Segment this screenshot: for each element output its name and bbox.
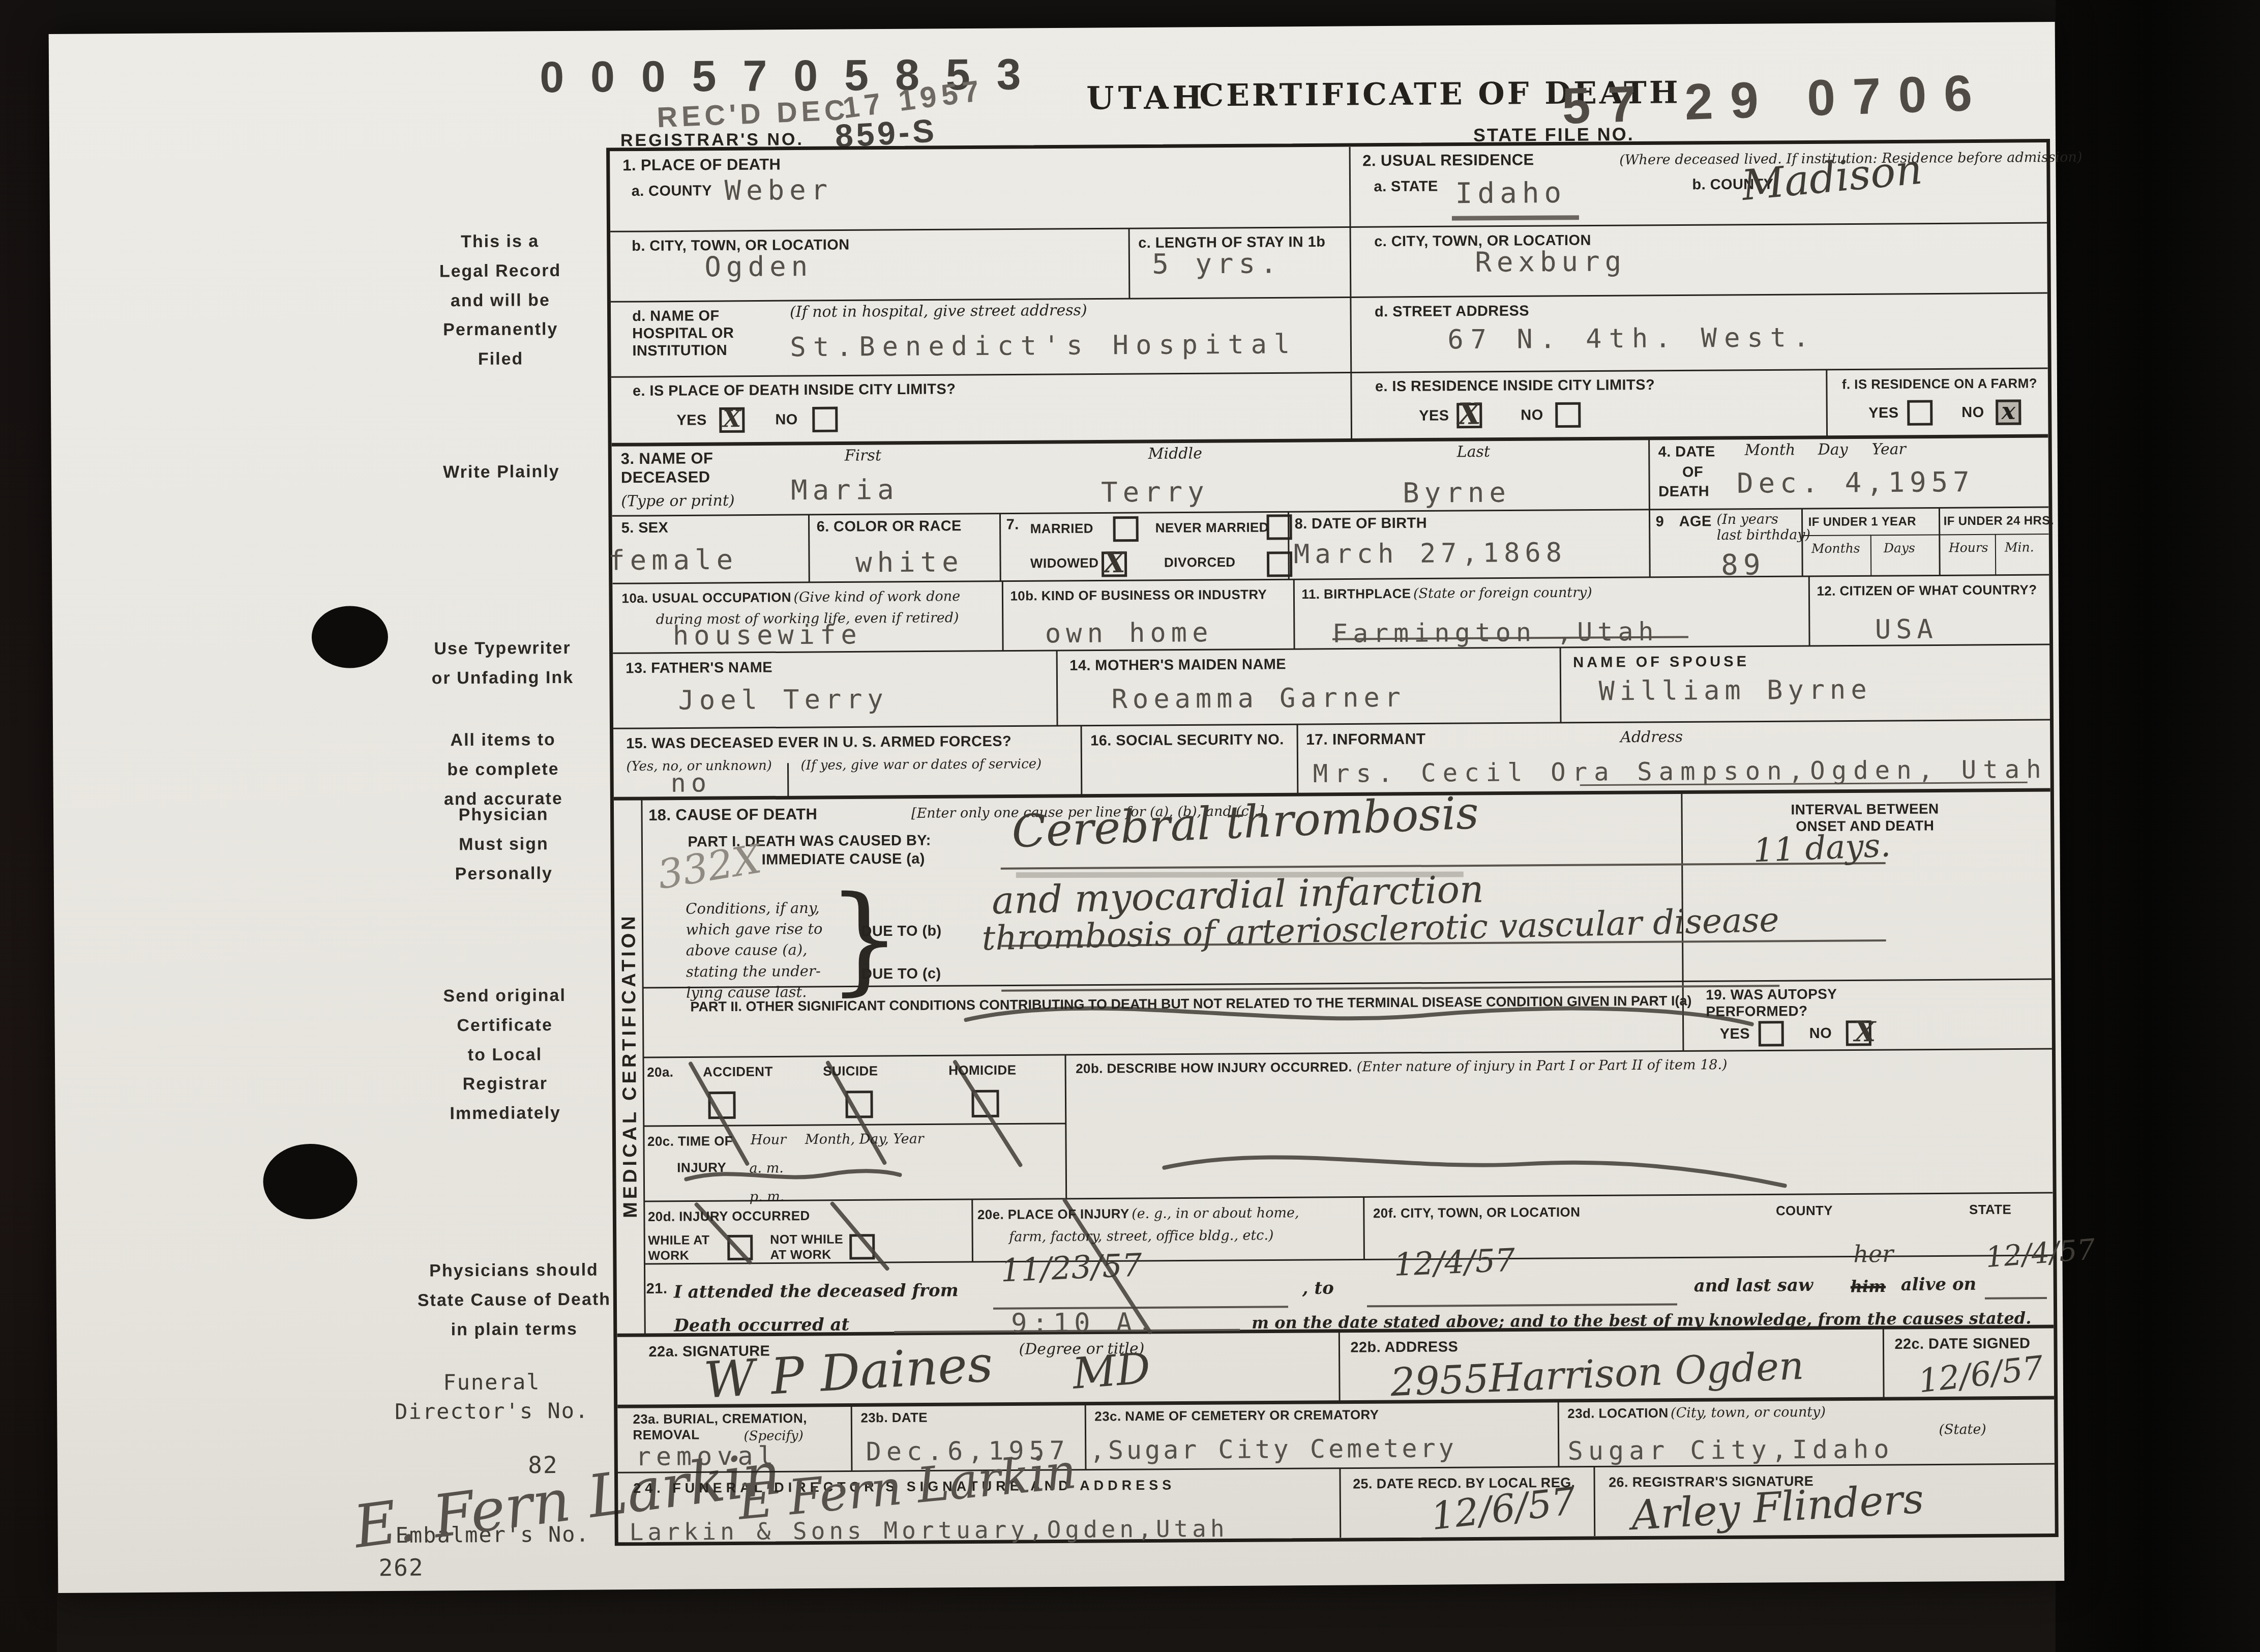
box1-city-value: Ogden (704, 253, 813, 281)
box3-note: (Type or print) (621, 492, 735, 511)
title-state: UTAH (1086, 79, 1206, 116)
box18-due-to-c-label: DUE TO (c) (861, 965, 941, 983)
box11-birthplace-value: Farmington ,Utah (1332, 619, 1659, 646)
box2-state-label: a. STATE (1374, 178, 1438, 195)
box2-city-limits-label: e. IS RESIDENCE INSIDE CITY LIMITS? (1375, 376, 1655, 396)
margin-note-legal-record: This is a Legal Record and will be Perma… (380, 226, 620, 375)
box23c-label: 23c. NAME OF CEMETERY OR CREMATORY (1094, 1407, 1379, 1424)
box21-number: 21. (646, 1280, 668, 1297)
state-file-number-stamp: 57 29 0706 (1561, 64, 1990, 136)
box21-her-handwritten: her (1853, 1243, 1893, 1265)
box9-hours-header: Hours (1949, 541, 1988, 555)
box23d-location-value: Sugar City,Idaho (1568, 1436, 1894, 1464)
box9-age-value: 89 (1721, 551, 1766, 580)
box9-under-1-year-header: IF UNDER 1 YEAR (1808, 515, 1916, 530)
box23a-burial-value: removal (636, 1443, 779, 1469)
box4-label-1: 4. DATE (1658, 443, 1715, 461)
box6-label: 6. COLOR OR RACE (817, 517, 962, 536)
box3-last-header: Last (1457, 444, 1490, 461)
box14-label: 14. MOTHER'S MAIDEN NAME (1069, 656, 1286, 674)
box20c-am-label: a. m. (749, 1160, 784, 1176)
box4-date-of-death-value: Dec. 4,1957 (1737, 468, 1975, 497)
box15-note2: (If yes, give war or dates of service) (800, 757, 1042, 774)
box4-label-2: OF (1682, 463, 1703, 481)
box9-months-header: Months (1811, 541, 1860, 556)
box4-year-header: Year (1872, 441, 1906, 459)
box20e-note2: farm, factory, street, office bldg., etc… (1009, 1227, 1274, 1245)
box21-time-value: 9:10 A. (1011, 1310, 1158, 1337)
box10a-occupation-value: housewife (673, 622, 862, 649)
box3-title: 3. NAME OF DECEASED (621, 449, 713, 487)
box2-street-value: 67 N. 4th. West. (1447, 324, 1816, 353)
box8-label: 8. DATE OF BIRTH (1295, 515, 1428, 533)
box22a-degree-value: MD (1071, 1348, 1152, 1395)
punch-hole-bottom (263, 1143, 358, 1219)
box23b-label: 23b. DATE (860, 1410, 928, 1426)
box7-number: 7. (1006, 516, 1019, 533)
box23d-label-line: 23d. LOCATION (City, town, or county) (1567, 1404, 1826, 1422)
box5-label: 5. SEX (621, 519, 669, 537)
box1-hospital-note: (If not in hospital, give street address… (790, 302, 1087, 321)
box20a-number: 20a. (647, 1065, 673, 1080)
box2-title: 2. USUAL RESIDENCE (1362, 151, 1534, 170)
box20d-not-while-label: NOT WHILE AT WORK (770, 1232, 843, 1263)
box15-label: 15. WAS DECEASED EVER IN U. S. ARMED FOR… (626, 733, 1012, 753)
box1-yes-label: YES (676, 411, 706, 429)
box18-due-to-b-label: DUE TO (b) (861, 922, 941, 940)
medical-certification-vertical-label: MEDICAL CERTIFICATION (617, 799, 643, 1332)
box4-day-header: Day (1818, 441, 1848, 459)
box22a-physician-signature: W P Daines (703, 1341, 994, 1405)
box20f-county-header: COUNTY (1776, 1203, 1833, 1219)
box17-label: 17. INFORMANT (1306, 730, 1425, 749)
box1-title: 1. PLACE OF DEATH (622, 155, 781, 174)
box21-to-date-value: 12/4/57 (1393, 1245, 1515, 1280)
box16-label: 16. SOCIAL SECURITY NO. (1090, 731, 1284, 750)
scanned-death-certificate: 0005705853 REC'D DEC 17 1957 859-S REGIS… (0, 0, 2260, 1652)
box21-alive-on-text: alive on (1901, 1275, 1977, 1294)
box7-widowed-label: WIDOWED (1030, 555, 1098, 571)
box4-month-header: Month (1745, 441, 1796, 459)
certificate-paper: 0005705853 REC'D DEC 17 1957 859-S REGIS… (49, 22, 2065, 1593)
box20a-homicide-label: HOMICIDE (948, 1062, 1016, 1078)
box20c-pm-label: p. m. (750, 1189, 785, 1204)
box1-city-limits-label: e. IS PLACE OF DEATH INSIDE CITY LIMITS? (633, 380, 956, 400)
box7-married-label: MARRIED (1030, 521, 1093, 537)
box21-him-struck: him (1851, 1278, 1886, 1296)
margin-note-use-typewriter: Use Typewriter or Unfading Ink (383, 633, 622, 693)
box4-label-3: DEATH (1658, 483, 1709, 500)
box13-father-value: Joel Terry (678, 686, 888, 714)
box20e-note1: (e. g., in or about home, (1132, 1205, 1299, 1222)
margin-note-write-plainly: Write Plainly (382, 457, 621, 488)
box20c-hour-header: Hour (751, 1132, 786, 1147)
box21-from-date-value: 11/23/57 (1000, 1250, 1143, 1286)
box1-hospital-value: St.Benedict's Hospital (790, 331, 1297, 361)
box12-citizen-value: USA (1875, 616, 1938, 643)
box11-label: 11. BIRTHPLACE (1301, 586, 1411, 602)
box5-sex-value: female (608, 546, 738, 575)
box3-last-value: Byrne (1403, 479, 1511, 507)
box1-hospital-label: d. NAME OF HOSPITAL OR INSTITUTION (632, 307, 734, 360)
box20b-note: (Enter nature of injury in Part I or Par… (1357, 1057, 1728, 1075)
box11-note: (State or foreign country) (1413, 585, 1592, 602)
box23d-state-note: (State) (1939, 1422, 1986, 1438)
box20c-label2: INJURY (677, 1160, 726, 1175)
box20f-label: 20f. CITY, TOWN, OR LOCATION (1373, 1204, 1581, 1221)
box19-no-label: NO (1809, 1025, 1832, 1042)
box9-min-header: Min. (2005, 540, 2034, 555)
box20b-label: 20b. DESCRIBE HOW INJURY OCCURRED. (1076, 1059, 1352, 1076)
box20c-mdy-header: Month, Day, Year (805, 1131, 924, 1147)
box9-days-header: Days (1884, 541, 1915, 556)
box14-mother-value: Roeamma Garner (1112, 685, 1406, 713)
box7-divorced-label: DIVORCED (1164, 554, 1236, 571)
box18-immediate-cause-label: IMMEDIATE CAUSE (a) (762, 850, 925, 869)
box2-state-value: Idaho (1455, 179, 1566, 208)
box10a-note1: (Give kind of work done (793, 588, 960, 605)
box21-last-alive-date-value: 12/4/57 (1985, 1236, 2096, 1271)
box2-no-label: NO (1521, 406, 1543, 424)
box1-no-label: NO (775, 411, 798, 428)
box9-number: 9 (1655, 513, 1664, 530)
punch-hole-top (312, 606, 389, 668)
box6-race-value: white (855, 548, 964, 576)
box21-death-occurred-text: Death occurred at (674, 1316, 849, 1336)
box3-first-header: First (845, 447, 881, 465)
box10b-industry-value: own home (1045, 619, 1213, 647)
box22b-label: 22b. ADDRESS (1350, 1338, 1458, 1356)
box1-length-of-stay-value: 5 yrs. (1152, 250, 1282, 278)
box1-county-value: Weber (724, 176, 832, 204)
box2-street-label: d. STREET ADDRESS (1375, 302, 1529, 320)
spouse-label: NAME OF SPOUSE (1573, 653, 1749, 671)
box17-informant-value: Mrs. Cecil Ora Sampson,Ogden, Utah (1313, 757, 2047, 786)
box15-armed-forces-value: no (671, 770, 712, 795)
box12-label: 12. CITIZEN OF WHAT COUNTRY? (1817, 582, 2037, 599)
scan-background-left (0, 0, 57, 1652)
box11-label-line: 11. BIRTHPLACE (State or foreign country… (1301, 585, 1592, 603)
box2-city-value: Rexburg (1475, 248, 1626, 276)
margin-note-send-original: Send original Certificate to Local Regis… (385, 981, 625, 1129)
box20a-accident-label: ACCIDENT (703, 1064, 773, 1080)
box17-address-header: Address (1620, 728, 1683, 746)
box23d-label: 23d. LOCATION (1567, 1405, 1668, 1421)
spouse-value: William Byrne (1598, 676, 1871, 704)
box10a-label: 10a. USUAL OCCUPATION (621, 589, 791, 606)
box2-farm-no-label: NO (1961, 404, 1984, 421)
box1-county-label: a. COUNTY (631, 182, 712, 200)
box18-interval-value: 11 days. (1752, 830, 1891, 867)
box13-label: 13. FATHER'S NAME (626, 659, 772, 677)
box20d-while-at-work-label: WHILE AT WORK (648, 1233, 710, 1263)
box9-age-note: (In years last birthday) (1716, 511, 1810, 543)
box3-middle-header: Middle (1148, 445, 1202, 463)
certificate-form: MEDICAL CERTIFICATION 1. PLACE OF DEATH … (606, 139, 2059, 1546)
box21-attended-text: I attended the deceased from (674, 1281, 959, 1302)
box20e-label-line1: 20e. PLACE OF INJURY (e. g., in or about… (977, 1205, 1299, 1223)
box20e-label: 20e. PLACE OF INJURY (977, 1206, 1129, 1222)
box9-under-24-hrs-header: IF UNDER 24 HRS. (1944, 514, 2054, 529)
box3-middle-value: Terry (1101, 478, 1209, 506)
box20f-state-header: STATE (1969, 1202, 2012, 1218)
margin-note-physician-sign: Physician Must sign Personally (384, 800, 623, 889)
scan-background-right (2056, 0, 2260, 1652)
box24-mortuary-value: Larkin & Sons Mortuary,Ogden,Utah (630, 1517, 1229, 1544)
box18-conditions-note: Conditions, if any, which gave rise to a… (686, 898, 823, 1003)
box20d-label: 20d. INJURY OCCURRED (648, 1208, 810, 1225)
box19-label: 19. WAS AUTOPSY PERFORMED? (1706, 986, 1837, 1020)
box20a-suicide-label: SUICIDE (823, 1063, 878, 1079)
box21-to-text: , to (1302, 1279, 1334, 1299)
box23d-note: (City, town, or county) (1671, 1404, 1826, 1421)
box22c-label: 22c. DATE SIGNED (1894, 1335, 2030, 1353)
box7-never-married-label: NEVER MARRIED (1155, 519, 1269, 536)
funeral-directors-no-label: Funeral Director's No. (372, 1367, 612, 1426)
box8-date-of-birth-value: March 27,1868 (1294, 540, 1567, 568)
box23c-cemetery-value: ,Sugar City Cemetery (1090, 1435, 1457, 1463)
box2-yes-label: YES (1419, 407, 1449, 425)
box9-age-label: AGE (1679, 513, 1711, 530)
box21-last-saw-text: and last saw (1694, 1276, 1813, 1296)
box18-label: 18. CAUSE OF DEATH (648, 805, 817, 825)
box2-farm-label: f. IS RESIDENCE ON A FARM? (1842, 375, 2037, 392)
box20c-label: 20c. TIME OF (647, 1133, 733, 1149)
box3-first-value: Maria (791, 476, 899, 504)
box2-farm-yes-label: YES (1868, 404, 1898, 422)
box10b-label: 10b. KIND OF BUSINESS OR INDUSTRY (1010, 586, 1267, 604)
box10a-label-line1: 10a. USUAL OCCUPATION (Give kind of work… (621, 588, 960, 606)
box19-yes-label: YES (1720, 1025, 1750, 1043)
